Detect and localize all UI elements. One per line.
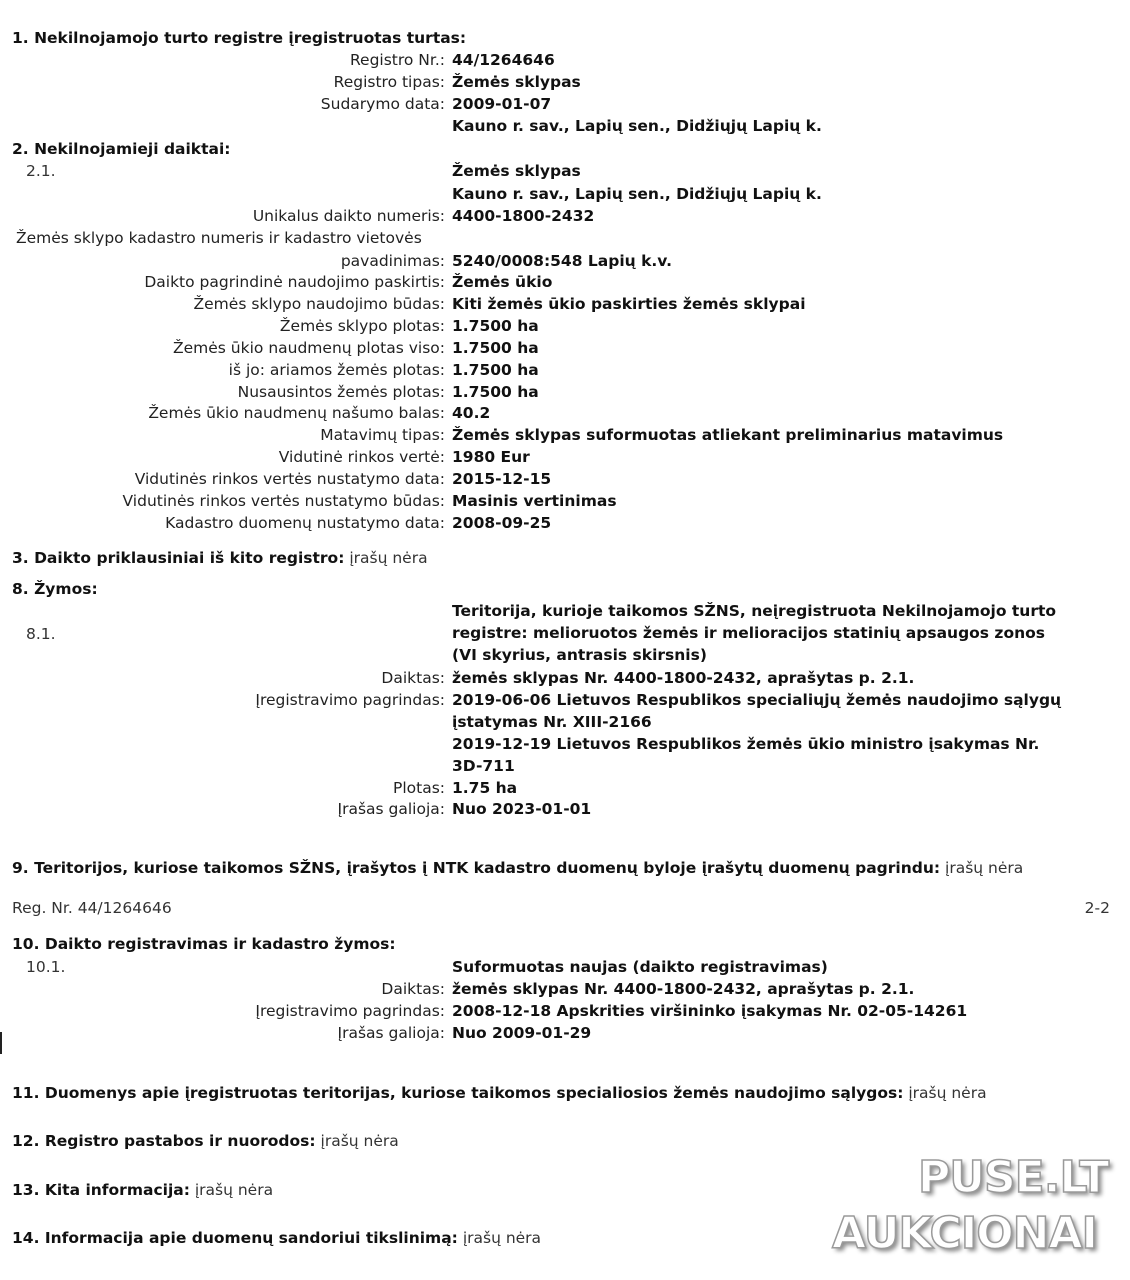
watermark-aukcionai: AUKCIONAI [832,1206,1097,1262]
kadastro-numeris-label-line2: pavadinimas: [0,250,445,272]
rinkos-data-label: Vidutinės rinkos vertės nustatymo data: [0,468,445,490]
zyma-pagrindas-label: Įregistravimo pagrindas: [0,689,445,711]
section-3-value: įrašų nėra [349,549,427,567]
zyma-daiktas-value: žemės sklypas Nr. 4400-1800-2432, aprašy… [452,667,914,689]
section-11: 11. Duomenys apie įregistruotas teritori… [12,1082,987,1104]
item-number-2-1: 2.1. [26,160,56,182]
registravimas-galioja-label: Įrašas galioja: [0,1022,445,1044]
matavimu-tipas-label: Matavimų tipas: [0,424,445,446]
section-14-value: įrašų nėra [463,1229,541,1247]
sklypo-plotas-label: Žemės sklypo plotas: [0,315,445,337]
rinkos-verte-label: Vidutinė rinkos vertė: [0,446,445,468]
zyma-description-line2: registre: melioruotos žemės ir melioraci… [452,622,1045,644]
section-10-title: 10. Daikto registravimas ir kadastro žym… [12,933,396,955]
nusausintos-plotas-value: 1.7500 ha [452,381,539,403]
kadastro-data-value: 2008-09-25 [452,512,551,534]
section-11-value: įrašų nėra [908,1084,986,1102]
section-12-title: 12. Registro pastabos ir nuorodos: [12,1132,316,1150]
zyma-pagrindas-line4: 3D-711 [452,755,515,777]
zyma-plotas-value: 1.75 ha [452,777,517,799]
zyma-plotas-label: Plotas: [0,777,445,799]
section-11-title: 11. Duomenys apie įregistruotas teritori… [12,1084,903,1102]
zyma-pagrindas-line3: 2019-12-19 Lietuvos Respublikos žemės ūk… [452,733,1039,755]
sudarymo-data-label: Sudarymo data: [0,93,445,115]
paskirtis-label: Daikto pagrindinė naudojimo paskirtis: [0,271,445,293]
item-number-10-1: 10.1. [26,956,65,978]
sklypo-plotas-value: 1.7500 ha [452,315,539,337]
zyma-pagrindas-line2: įstatymas Nr. XIII-2166 [452,711,652,733]
registravimas-description: Suformuotas naujas (daikto registravimas… [452,956,828,978]
unikalus-numeris-value: 4400-1800-2432 [452,205,594,227]
rinkos-budas-label: Vidutinės rinkos vertės nustatymo būdas: [0,490,445,512]
section-9: 9. Teritorijos, kuriose taikomos SŽNS, į… [12,857,1023,879]
section-12: 12. Registro pastabos ir nuorodos: įrašų… [12,1130,399,1152]
nasumo-balas-value: 40.2 [452,402,490,424]
address-value: Kauno r. sav., Lapių sen., Didžiųjų Lapi… [452,115,822,137]
registravimas-daiktas-label: Daiktas: [0,978,445,1000]
rinkos-data-value: 2015-12-15 [452,468,551,490]
nasumo-balas-label: Žemės ūkio naudmenų našumo balas: [0,402,445,424]
section-8-title: 8. Žymos: [12,578,98,600]
section-12-value: įrašų nėra [321,1132,399,1150]
zyma-galioja-value: Nuo 2023-01-01 [452,798,591,820]
section-9-title: 9. Teritorijos, kuriose taikomos SŽNS, į… [12,859,940,877]
section-3-title: 3. Daikto priklausiniai iš kito registro… [12,549,344,567]
registravimas-daiktas-value: žemės sklypas Nr. 4400-1800-2432, aprašy… [452,978,914,1000]
text-cursor [0,1032,2,1054]
kadastro-numeris-value: 5240/0008:548 Lapių k.v. [452,250,672,272]
zyma-daiktas-label: Daiktas: [0,667,445,689]
rinkos-verte-value: 1980 Eur [452,446,530,468]
section-13: 13. Kita informacija: įrašų nėra [12,1179,273,1201]
registravimas-pagrindas-label: Įregistravimo pagrindas: [0,1000,445,1022]
zyma-description-line3: (VI skyrius, antrasis skirsnis) [452,644,707,666]
item-type: Žemės sklypas [452,160,581,182]
registravimas-galioja-value: Nuo 2009-01-29 [452,1022,591,1044]
section-13-title: 13. Kita informacija: [12,1181,190,1199]
sudarymo-data-value: 2009-01-07 [452,93,551,115]
footer-reg-nr: Reg. Nr. 44/1264646 [12,897,172,919]
ariamos-plotas-label: iš jo: ariamos žemės plotas: [0,359,445,381]
ariamos-plotas-value: 1.7500 ha [452,359,539,381]
zyma-description-line1: Teritorija, kurioje taikomos SŽNS, neįre… [452,600,1056,622]
section-1-title: 1. Nekilnojamojo turto registre įregistr… [12,27,466,49]
naudojimo-budas-value: Kiti žemės ūkio paskirties žemės sklypai [452,293,806,315]
section-2-title: 2. Nekilnojamieji daiktai: [12,138,231,160]
paskirtis-value: Žemės ūkio [452,271,552,293]
naudmenu-plotas-label: Žemės ūkio naudmenų plotas viso: [0,337,445,359]
section-9-value: įrašų nėra [945,859,1023,877]
item-number-8-1: 8.1. [26,623,56,645]
section-13-value: įrašų nėra [195,1181,273,1199]
registro-nr-label: Registro Nr.: [0,49,445,71]
registro-nr-value: 44/1264646 [452,49,555,71]
kadastro-data-label: Kadastro duomenų nustatymo data: [0,512,445,534]
section-14-title: 14. Informacija apie duomenų sandoriui t… [12,1229,458,1247]
rinkos-budas-value: Masinis vertinimas [452,490,617,512]
registro-tipas-label: Registro tipas: [0,71,445,93]
matavimu-tipas-value: Žemės sklypas suformuotas atliekant prel… [452,424,1003,446]
naudmenu-plotas-value: 1.7500 ha [452,337,539,359]
registro-tipas-value: Žemės sklypas [452,71,581,93]
footer-page-number: 2-2 [1085,897,1110,919]
section-3: 3. Daikto priklausiniai iš kito registro… [12,547,428,569]
unikalus-numeris-label: Unikalus daikto numeris: [0,205,445,227]
nusausintos-plotas-label: Nusausintos žemės plotas: [0,381,445,403]
zyma-pagrindas-line1: 2019-06-06 Lietuvos Respublikos speciali… [452,689,1061,711]
section-14: 14. Informacija apie duomenų sandoriui t… [12,1227,541,1249]
kadastro-numeris-label-line1: Žemės sklypo kadastro numeris ir kadastr… [16,227,422,249]
watermark-puse-lt: PUSE.LT [918,1150,1108,1206]
naudojimo-budas-label: Žemės sklypo naudojimo būdas: [0,293,445,315]
zyma-galioja-label: Įrašas galioja: [0,798,445,820]
item-address: Kauno r. sav., Lapių sen., Didžiųjų Lapi… [452,183,822,205]
registravimas-pagrindas-value: 2008-12-18 Apskrities viršininko įsakyma… [452,1000,967,1022]
